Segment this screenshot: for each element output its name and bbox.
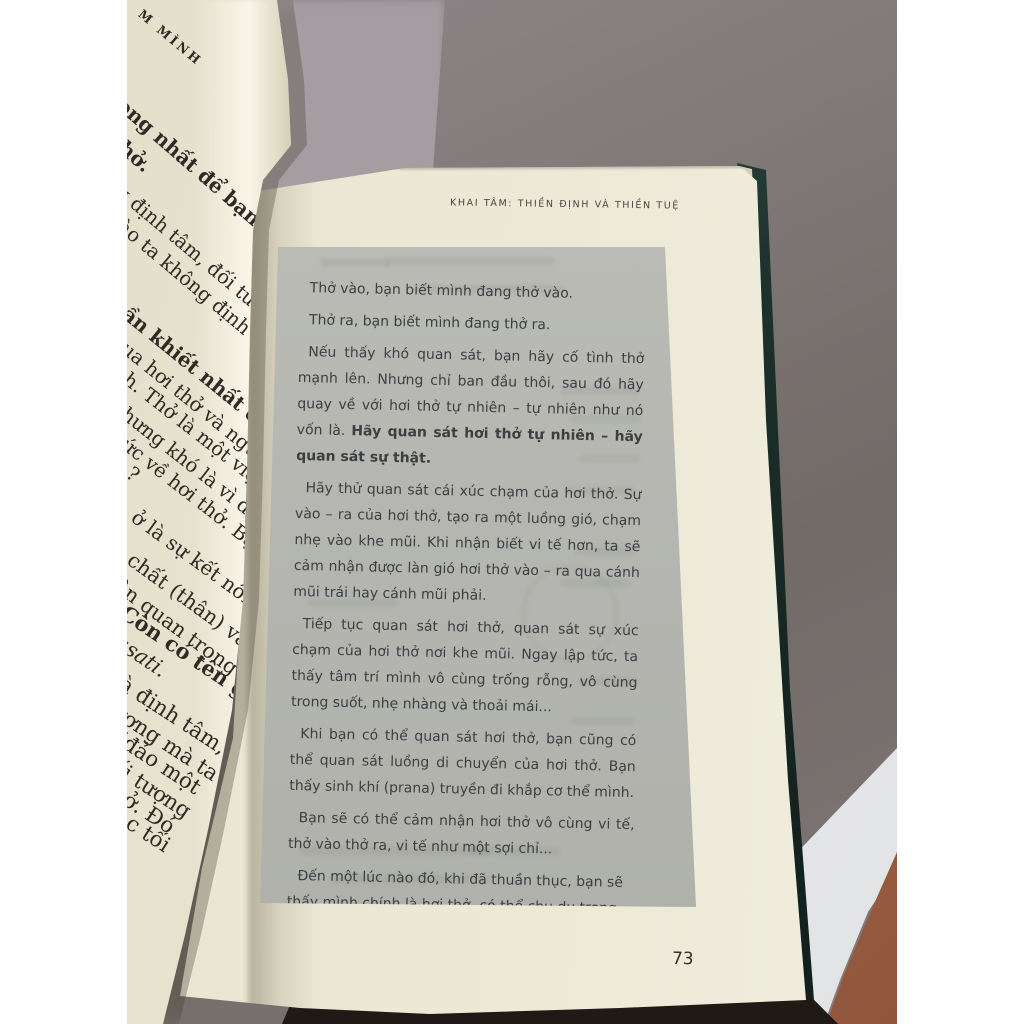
photo-of-open-book: KHAI TÂM: THIỀN ĐỊNH VÀ THIỀN TUỆ Thở và… [0, 0, 1024, 1024]
paragraph-text: Thở ra, bạn biết mình đang thở ra. [309, 312, 551, 333]
paragraph: Nếu thấy khó quan sát, bạn hãy cố tình t… [296, 339, 645, 476]
show-through-smudge [385, 257, 555, 265]
paragraph: Tiếp tục quan sát hơi thở, quan sát sự x… [291, 611, 639, 722]
scanned-text-block: Thở vào, bạn biết mình đang thở vào.Thở … [260, 247, 705, 909]
paragraph-text: Hãy thử quan sát cái xúc chạm của hơi th… [293, 480, 641, 604]
paragraph: Thở vào, bạn biết mình đang thở vào. [299, 275, 645, 308]
photo-matte-left [0, 0, 127, 1024]
paragraph: Đến một lúc nào đó, khi đã thuần thục, b… [286, 863, 634, 948]
photo-matte-right [897, 0, 1024, 1024]
paragraph-text: Thở vào, bạn biết mình đang thở vào. [310, 280, 574, 302]
right-page-running-head: KHAI TÂM: THIỀN ĐỊNH VÀ THIỀN TUỆ [430, 197, 700, 212]
page-number: 73 [672, 949, 694, 970]
paragraph: Hãy thử quan sát cái xúc chạm của hơi th… [293, 475, 642, 612]
body-text: Thở vào, bạn biết mình đang thở vào.Thở … [286, 275, 646, 954]
paragraph: Khi bạn có thể quan sát hơi thở, bạn cũn… [289, 721, 637, 806]
paragraph: Thở ra, bạn biết mình đang thở ra. [299, 307, 645, 340]
paragraph-text: Khi bạn có thể quan sát hơi thở, bạn cũn… [289, 726, 636, 801]
paragraph-text: Tiếp tục quan sát hơi thở, quan sát sự x… [291, 616, 639, 715]
paragraph: Bạn sẽ có thể cảm nhận hơi thở vô cùng v… [288, 805, 635, 864]
paragraph-text: Đến một lúc nào đó, khi đã thuần thục, b… [286, 868, 623, 939]
paragraph-text: Bạn sẽ có thể cảm nhận hơi thở vô cùng v… [288, 810, 635, 857]
show-through-smudge [320, 259, 390, 267]
